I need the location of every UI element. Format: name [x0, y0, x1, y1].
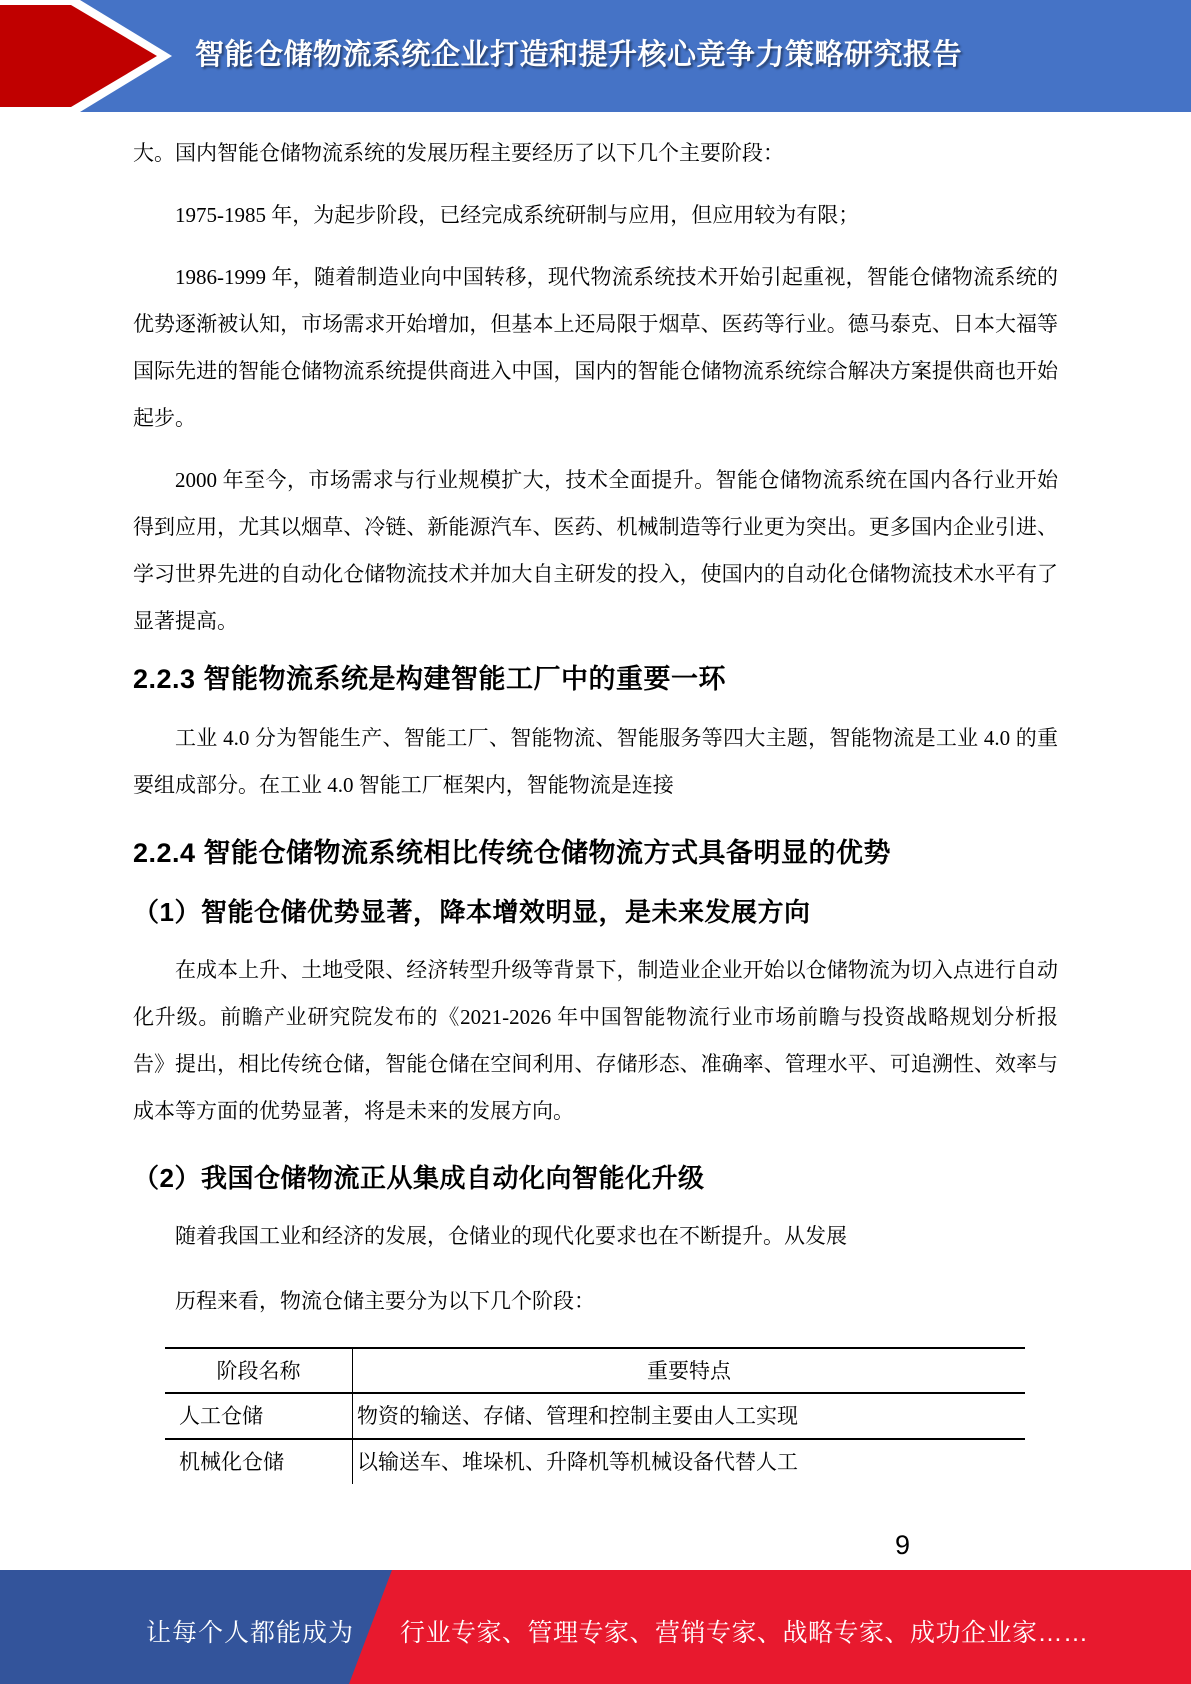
- page-number: 9: [133, 1522, 910, 1569]
- paragraph-advantages: 在成本上升、土地受限、经济转型升级等背景下，制造业企业开始以仓储物流为切入点进行…: [133, 947, 1058, 1135]
- table-header-key-features: 重要特点: [353, 1348, 1026, 1393]
- paragraph-stages-lead-in: 历程来看，物流仓储主要分为以下几个阶段：: [133, 1278, 1058, 1325]
- warehouse-stages-table: 阶段名称 重要特点 人工仓储 物资的输送、存储、管理和控制主要由人工实现 机械化…: [165, 1347, 1025, 1484]
- footer-slogan-right: 行业专家、管理专家、营销专家、战略专家、成功企业家……: [400, 1613, 1089, 1649]
- table-cell-stage: 机械化仓储: [165, 1439, 353, 1484]
- page-body: 大。国内智能仓储物流系统的发展历程主要经历了以下几个主要阶段： 1975-198…: [0, 112, 1191, 1569]
- paragraph-1986-1999: 1986-1999 年，随着制造业向中国转移，现代物流系统技术开始引起重视，智能…: [133, 254, 1058, 442]
- table-cell-feature: 物资的输送、存储、管理和控制主要由人工实现: [353, 1393, 1026, 1439]
- table-cell-stage: 人工仓储: [165, 1393, 353, 1439]
- section-heading-2-2-3: 2.2.3 智能物流系统是构建智能工厂中的重要一环: [133, 659, 1058, 699]
- table-row: 人工仓储 物资的输送、存储、管理和控制主要由人工实现: [165, 1393, 1025, 1439]
- section-heading-2-2-4: 2.2.4 智能仓储物流系统相比传统仓储物流方式具备明显的优势: [133, 833, 1058, 873]
- report-title: 智能仓储物流系统企业打造和提升核心竞争力策略研究报告: [195, 0, 962, 104]
- paragraph-industry-4-0: 工业 4.0 分为智能生产、智能工厂、智能物流、智能服务等四大主题，智能物流是工…: [133, 715, 1058, 809]
- footer-slogan-left: 让每个人都能成为: [146, 1613, 354, 1649]
- paragraph-1975-1985: 1975-1985 年，为起步阶段，已经完成系统研制与应用，但应用较为有限；: [133, 192, 1058, 239]
- table-row: 机械化仓储 以输送车、堆垛机、升降机等机械设备代替人工: [165, 1439, 1025, 1484]
- report-page: 智能仓储物流系统企业打造和提升核心竞争力策略研究报告 大。国内智能仓储物流系统的…: [0, 0, 1191, 1684]
- chevron-right-icon: [0, 0, 178, 112]
- paragraph-2000-now: 2000 年至今，市场需求与行业规模扩大，技术全面提升。智能仓储物流系统在国内各…: [133, 457, 1058, 645]
- table-header-row: 阶段名称 重要特点: [165, 1348, 1025, 1393]
- paragraph-development: 随着我国工业和经济的发展，仓储业的现代化要求也在不断提升。从发展: [133, 1213, 1058, 1260]
- page-header-banner: 智能仓储物流系统企业打造和提升核心竞争力策略研究报告: [0, 0, 1191, 112]
- subheading-1-advantages: （1）智能仓储优势显著，降本增效明显，是未来发展方向: [133, 893, 1058, 931]
- subheading-2-upgrade: （2）我国仓储物流正从集成自动化向智能化升级: [133, 1159, 1058, 1197]
- paragraph-stages-intro: 大。国内智能仓储物流系统的发展历程主要经历了以下几个主要阶段：: [133, 130, 1058, 177]
- table-header-stage-name: 阶段名称: [165, 1348, 353, 1393]
- page-footer: 让每个人都能成为 行业专家、管理专家、营销专家、战略专家、成功企业家……: [0, 1570, 1191, 1684]
- table-cell-feature: 以输送车、堆垛机、升降机等机械设备代替人工: [353, 1439, 1026, 1484]
